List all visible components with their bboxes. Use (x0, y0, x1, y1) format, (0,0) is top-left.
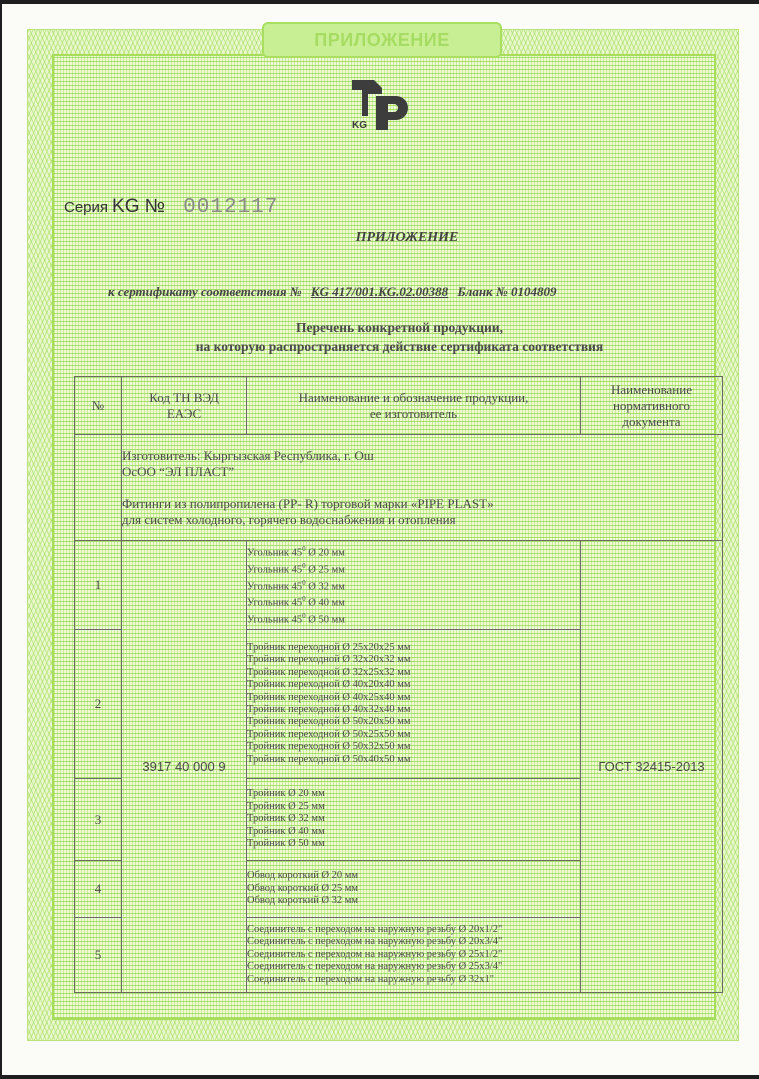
product-item: Тройник переходной Ø 32х25х32 мм (247, 667, 580, 679)
series-number: Серия KG № 0012117 (64, 196, 278, 219)
product-item: Соединитель с переходом на наружную резь… (247, 949, 580, 961)
product-item: Тройник переходной Ø 25х20х25 мм (247, 642, 580, 654)
product-item: Тройник переходной Ø 50х25х50 мм (247, 729, 580, 741)
product-item: Тройник Ø 20 мм (247, 788, 580, 800)
product-item: Тройник переходной Ø 40х32х40 мм (247, 704, 580, 716)
product-item: Угольник 450 Ø 20 мм (247, 543, 580, 560)
product-item: Тройник переходной Ø 50х40х50 мм (247, 754, 580, 766)
product-item: Обвод короткий Ø 20 мм (247, 870, 580, 882)
product-item: Тройник Ø 25 мм (247, 801, 580, 813)
manufacturer-info: Изготовитель: Кыргызская Республика, г. … (122, 435, 723, 541)
certificate-number: KG 417/001.KG.02.00388 (311, 284, 448, 299)
row-3-items: Тройник Ø 20 ммТройник Ø 25 ммТройник Ø … (247, 779, 581, 861)
normative-document: ГОСТ 32415-2013 (581, 541, 723, 993)
product-item: Соединитель с переходом на наружную резь… (247, 974, 580, 986)
banner-text: ПРИЛОЖЕНИЕ (314, 30, 450, 51)
tn-ved-code: 3917 40 000 9 (122, 541, 247, 993)
header-num: № (75, 377, 122, 435)
subtitle-line-2: на которую распространяется действие сер… (40, 337, 759, 356)
product-item: Тройник переходной Ø 40х25х40 мм (247, 692, 580, 704)
header-code: Код ТН ВЭД ЕАЭС (122, 377, 247, 435)
row-5-items: Соединитель с переходом на наружную резь… (247, 918, 581, 993)
row-2-items: Тройник переходной Ø 25х20х25 ммТройник … (247, 630, 581, 779)
certificate-reference: к сертификату соответствия № KG 417/001.… (108, 284, 557, 300)
certificate-prefix: к сертификату соответствия № (108, 284, 302, 299)
product-item: Угольник 450 Ø 25 мм (247, 560, 580, 577)
series-kg: KG № (112, 196, 165, 218)
list-subtitle: Перечень конкретной продукции, на котору… (0, 318, 759, 356)
series-label: Серия (64, 199, 108, 216)
blank-number: Бланк № 0104809 (457, 284, 556, 299)
table-header-row: № Код ТН ВЭД ЕАЭС Наименование и обознач… (75, 377, 723, 435)
page-title: ПРИЛОЖЕНИЕ (0, 230, 759, 246)
product-item: Тройник Ø 32 мм (247, 813, 580, 825)
product-item: Угольник 450 Ø 40 мм (247, 593, 580, 610)
products-table: № Код ТН ВЭД ЕАЭС Наименование и обознач… (74, 376, 723, 993)
product-item: Обвод короткий Ø 32 мм (247, 895, 580, 907)
product-item: Тройник переходной Ø 50х32х50 мм (247, 741, 580, 753)
product-item: Тройник Ø 40 мм (247, 826, 580, 838)
appendix-banner: ПРИЛОЖЕНИЕ (262, 22, 502, 58)
product-item: Соединитель с переходом на наружную резь… (247, 961, 580, 973)
product-item: Тройник переходной Ø 50х20х50 мм (247, 716, 580, 728)
product-item: Угольник 450 Ø 50 мм (247, 610, 580, 627)
product-item: Тройник Ø 50 мм (247, 838, 580, 850)
product-item: Тройник переходной Ø 32х20х32 мм (247, 654, 580, 666)
row-1-items: Угольник 450 Ø 20 ммУгольник 450 Ø 25 мм… (247, 541, 581, 630)
subtitle-line-1: Перечень конкретной продукции, (40, 318, 759, 337)
product-item: Обвод короткий Ø 25 мм (247, 883, 580, 895)
table-row: 1 3917 40 000 9 Угольник 450 Ø 20 ммУгол… (75, 541, 723, 630)
product-item: Тройник переходной Ø 40х20х40 мм (247, 679, 580, 691)
tp-kg-logo-icon: KG (352, 76, 408, 130)
row-4-items: Обвод короткий Ø 20 ммОбвод короткий Ø 2… (247, 861, 581, 918)
svg-text:KG: KG (352, 120, 367, 130)
manufacturer-row: Изготовитель: Кыргызская Республика, г. … (75, 435, 723, 541)
product-item: Угольник 450 Ø 32 мм (247, 577, 580, 594)
header-normative-doc: Наименование нормативного документа (581, 377, 723, 435)
series-serial: 0012117 (183, 196, 278, 219)
header-product-name: Наименование и обозначение продукции, ее… (247, 377, 581, 435)
product-item: Соединитель с переходом на наружную резь… (247, 936, 580, 948)
product-item: Соединитель с переходом на наружную резь… (247, 924, 580, 936)
